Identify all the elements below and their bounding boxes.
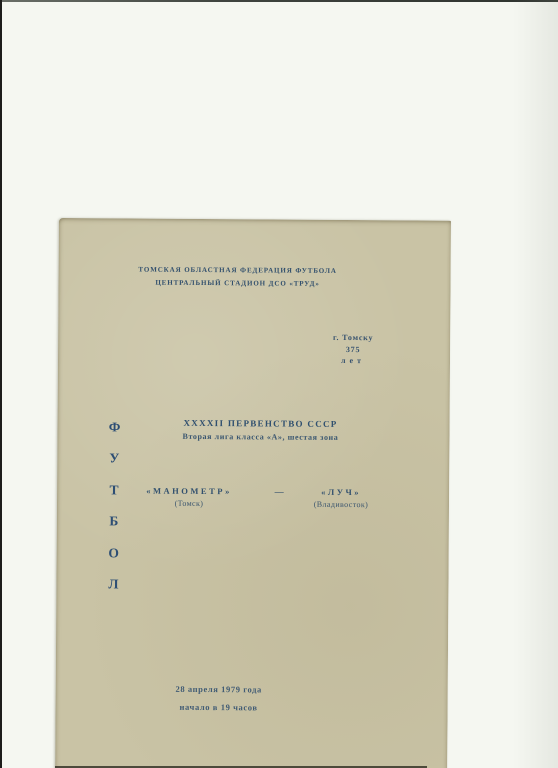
home-team-name: «МАНОМЕТР» <box>124 484 254 497</box>
scan-background: ТОМСКАЯ ОБЛАСТНАЯ ФЕДЕРАЦИЯ ФУТБОЛА ЦЕНТ… <box>0 0 558 768</box>
vertical-letter: О <box>103 537 125 569</box>
schedule-time: начало в 19 часов <box>119 698 319 717</box>
away-team: «ЛУЧ» (Владивосток) <box>286 486 396 511</box>
programme-cover: ТОМСКАЯ ОБЛАСТНАЯ ФЕДЕРАЦИЯ ФУТБОЛА ЦЕНТ… <box>55 218 451 768</box>
vertical-letter: У <box>103 443 125 475</box>
competition-block: XXXXII ПЕРВЕНСТВО СССР Вторая лига класс… <box>80 415 440 445</box>
vertical-letter: Т <box>103 474 125 506</box>
anniversary-city: г. Томску <box>303 332 403 344</box>
home-team-city: (Томск) <box>124 497 254 510</box>
vertical-letter: Б <box>103 505 125 537</box>
anniversary-years: 375 <box>303 343 403 355</box>
anniversary-unit: лет <box>303 355 403 367</box>
schedule-date: 28 апреля 1979 года <box>119 680 319 699</box>
vertical-letter: Л <box>102 568 124 600</box>
scanner-shade-right <box>513 0 558 768</box>
anniversary-block: г. Томску 375 лет <box>303 332 403 367</box>
schedule-block: 28 апреля 1979 года начало в 19 часов <box>119 680 319 716</box>
scanner-edge-left <box>0 0 2 768</box>
away-team-city: (Владивосток) <box>286 498 396 511</box>
federation-line2: ЦЕНТРАЛЬНЫЙ СТАДИОН ДСО «ТРУД» <box>78 276 398 291</box>
home-team: «МАНОМЕТР» (Томск) <box>124 484 254 509</box>
scanner-edge-top <box>0 0 558 2</box>
away-team-name: «ЛУЧ» <box>286 486 396 499</box>
federation-header: ТОМСКАЯ ОБЛАСТНАЯ ФЕДЕРАЦИЯ ФУТБОЛА ЦЕНТ… <box>78 263 398 291</box>
competition-subtitle: Вторая лига класса «А», шестая зона <box>80 429 440 445</box>
